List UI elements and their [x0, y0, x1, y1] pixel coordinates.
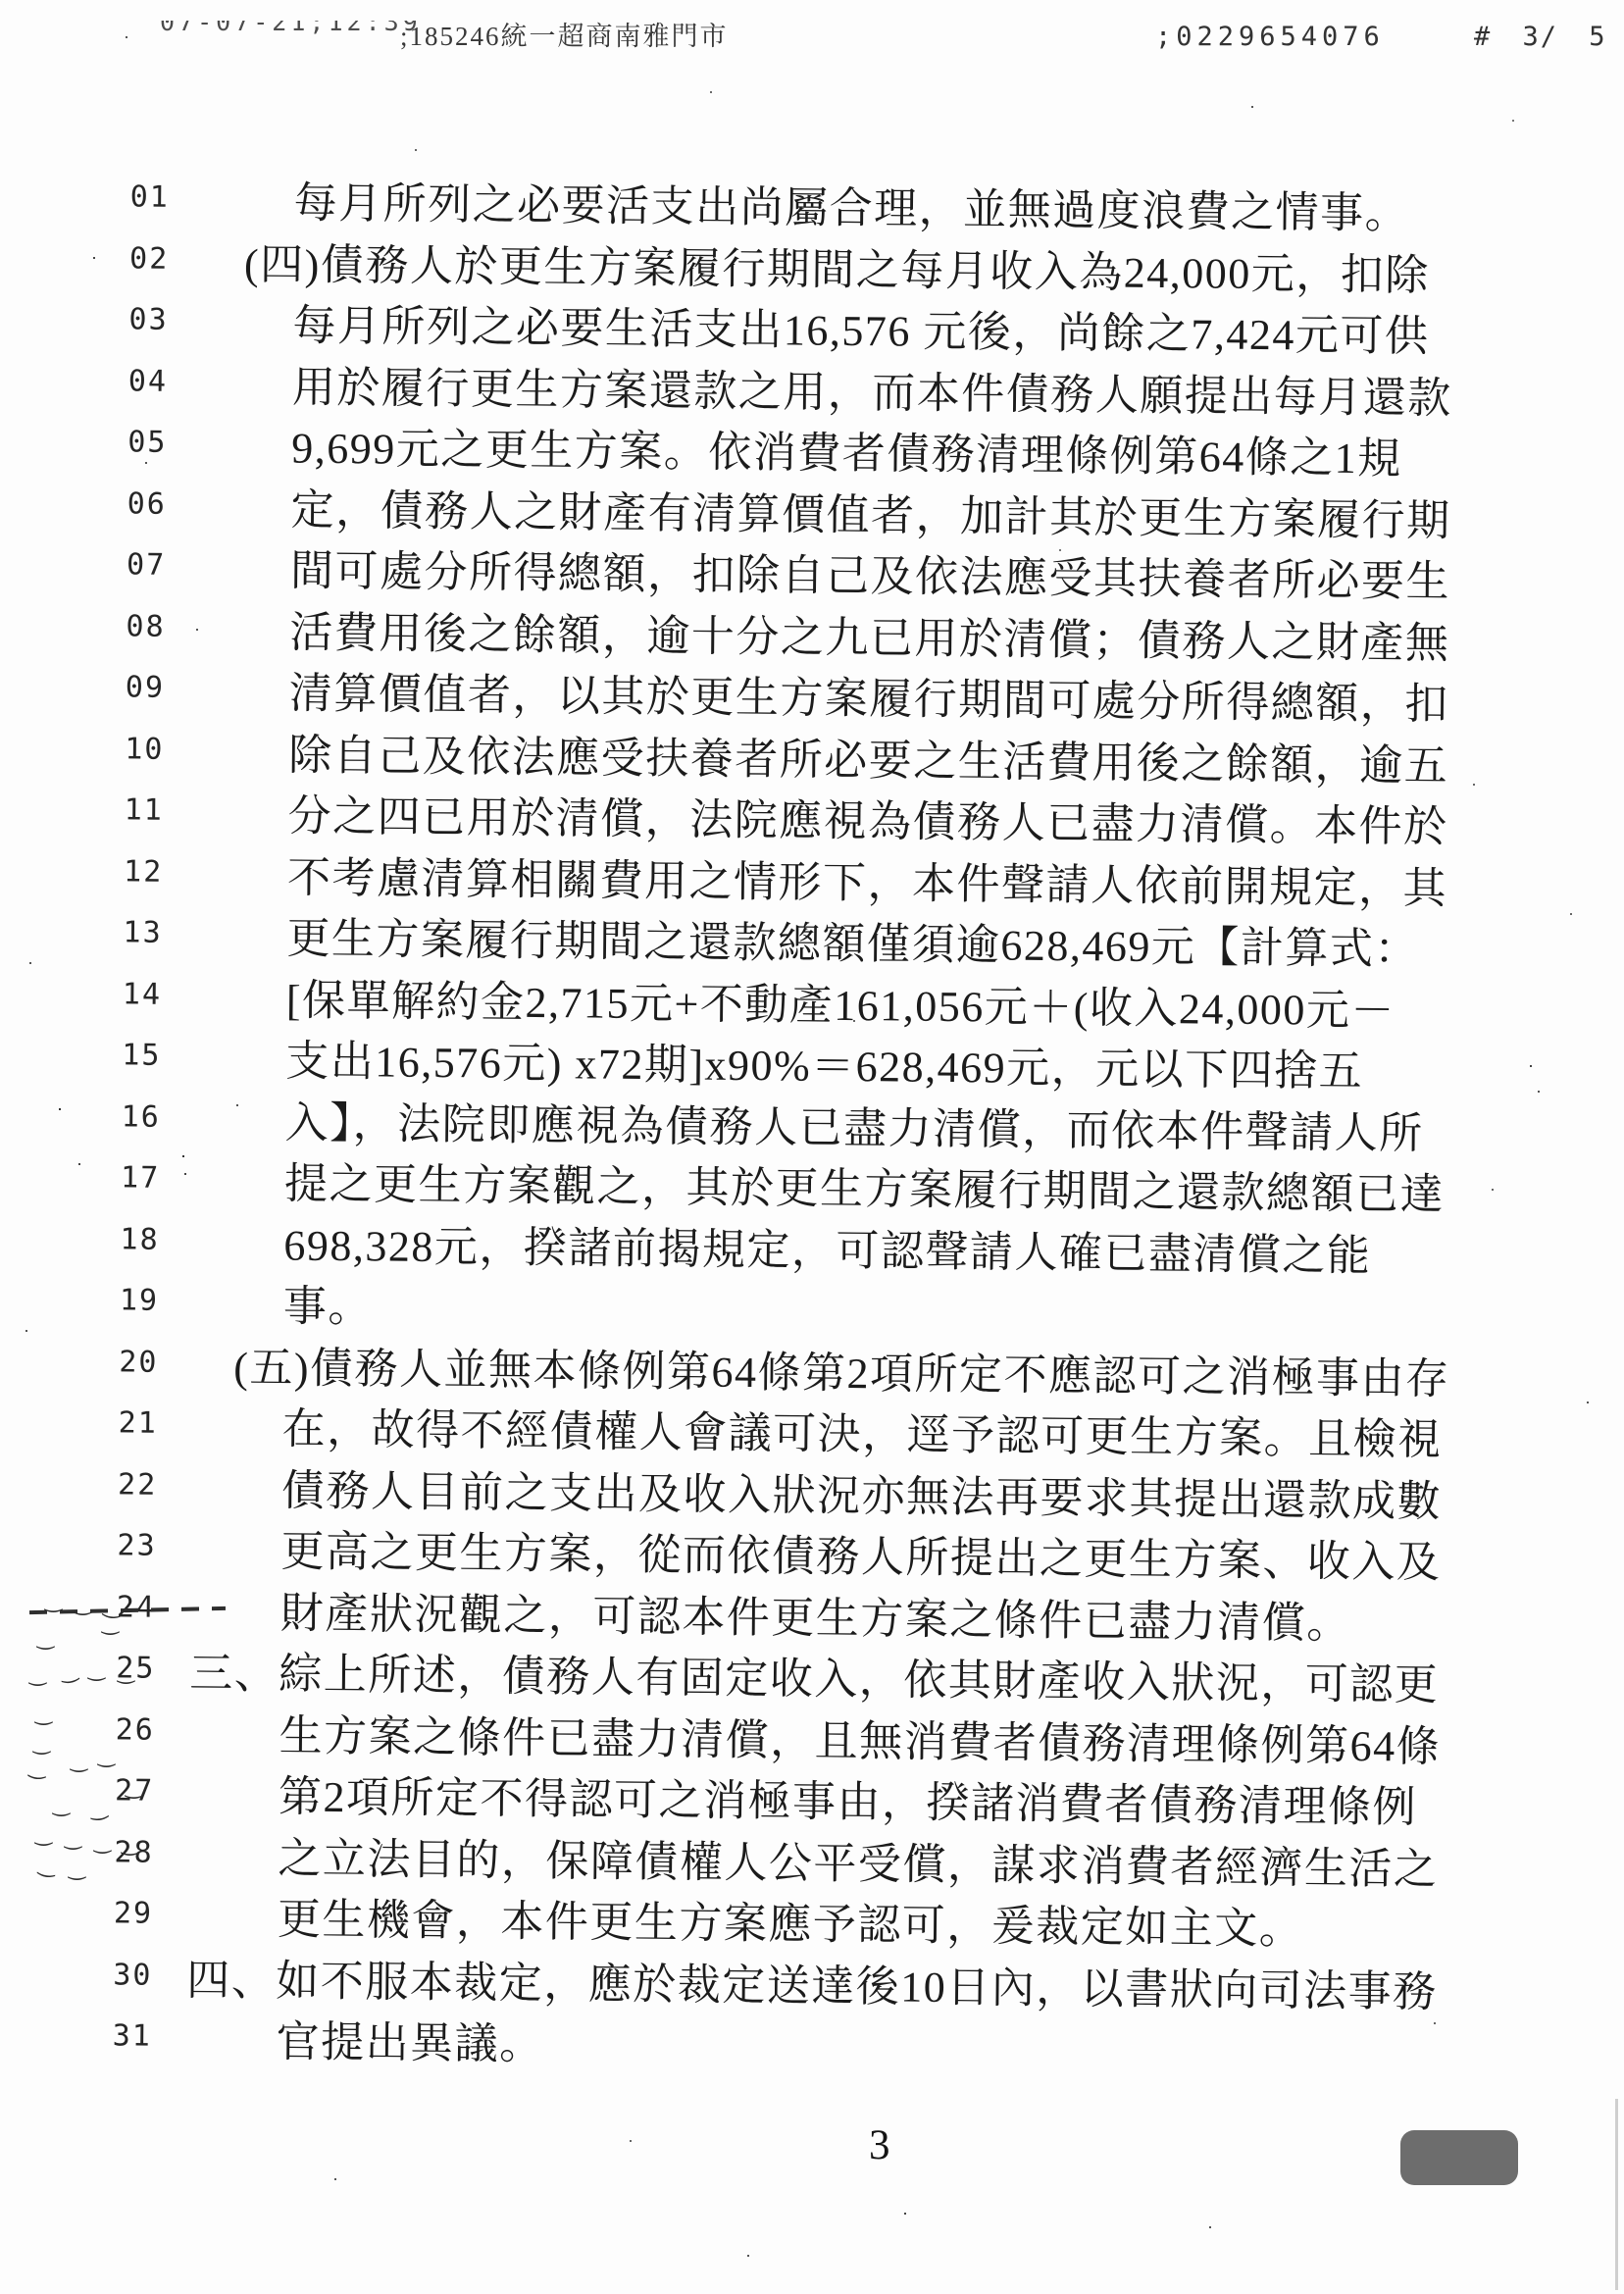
line-number: 30	[113, 1958, 152, 1992]
scan-noise-dots	[0, 0, 2, 2]
line-number: 03	[128, 303, 168, 337]
line-number: 19	[120, 1284, 159, 1318]
line-number: 21	[119, 1406, 158, 1441]
line-number: 14	[123, 977, 162, 1011]
line-number: 13	[123, 916, 162, 950]
line-number: 10	[125, 732, 164, 766]
fax-page-indicator: # 3/ 5	[1474, 22, 1607, 52]
line-number: 11	[125, 793, 164, 828]
line-number: 04	[128, 364, 168, 398]
line-number: 20	[119, 1345, 158, 1379]
line-text: 官提出異議。	[276, 2007, 544, 2072]
line-number: 01	[130, 180, 170, 215]
line-text: 事。	[283, 1271, 374, 1335]
line-number: 16	[122, 1099, 161, 1134]
line-number: 23	[117, 1529, 156, 1563]
document-lines: 01 每月所列之必要活支出尚屬合理，並無過度浪費之情事。 02 (四)債務人於更…	[0, 166, 1569, 2081]
line-number: 18	[120, 1222, 159, 1256]
redaction-box	[1400, 2130, 1518, 2185]
fax-page: 07-07-21;12:39 ;185246統一超商南雅門市 ;02296540…	[0, 0, 1624, 2294]
scan-cutoff-artifact	[137, 0, 422, 21]
line-number: 22	[118, 1467, 157, 1502]
line-number: 31	[113, 2019, 152, 2054]
line-number: 09	[126, 671, 165, 705]
fax-number: ;0229654076	[1155, 22, 1385, 52]
line-number: 05	[127, 426, 167, 460]
line-text: 698,328元，揆諸前揭規定，可認聲請人確已盡清償之能	[283, 1209, 1372, 1283]
fax-sender-id: ;185246統一超商南雅門市	[400, 15, 729, 53]
line-number: 06	[127, 486, 167, 521]
line-number: 29	[114, 1897, 153, 1931]
line-number: 08	[126, 609, 165, 643]
scan-edge-line	[1615, 2099, 1618, 2290]
line-number: 07	[127, 548, 166, 583]
page-number: 3	[869, 2121, 890, 2169]
line-number: 26	[116, 1712, 155, 1747]
line-number: 17	[121, 1161, 160, 1196]
line-number: 02	[129, 241, 169, 276]
line-number: 15	[122, 1039, 161, 1073]
line-number: 12	[124, 854, 163, 889]
line-text: 更生機會，本件更生方案應予認可，爰裁定如主文。	[278, 1884, 1304, 1957]
fax-header: 07-07-21;12:39 ;185246統一超商南雅門市 ;02296540…	[0, 0, 1624, 69]
